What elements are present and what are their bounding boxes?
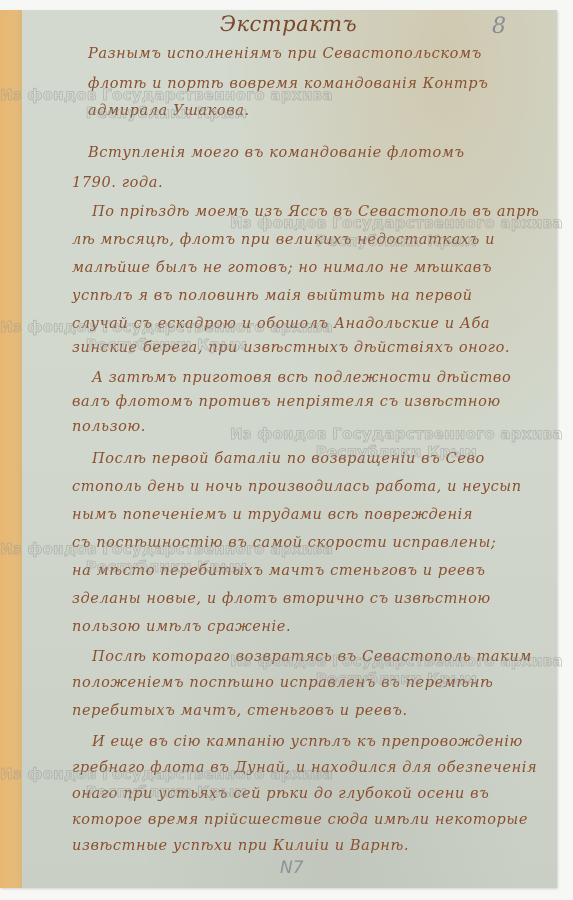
manuscript-line: пользою.: [72, 419, 146, 435]
archive-number: N7: [280, 858, 304, 878]
manuscript-line: флотѣ и портѣ вовремя командованія Контр…: [88, 76, 488, 92]
mounting-strip: [0, 10, 22, 888]
manuscript-line: малѣйше былъ не готовъ; но нимало не мѣш…: [72, 260, 492, 276]
manuscript-line: зделаны новые, и флотъ вторично съ извѣс…: [72, 591, 491, 607]
manuscript-line: извѣстные успѣхи при Килиіи и Варнѣ.: [72, 838, 409, 854]
manuscript-line: зинские берега, при извѣстныхъ дѣйствіях…: [72, 340, 510, 356]
manuscript-line: И еще въ сію кампанію успѣлъ къ препрово…: [92, 734, 523, 750]
manuscript-line: Вступленія моего въ командованіе флотомъ: [88, 145, 465, 161]
manuscript-line: 1790. года.: [72, 175, 163, 191]
manuscript-line: Разнымъ исполненіямъ при Севастопольском…: [88, 46, 482, 62]
manuscript-line: случай съ ескадрою и обошолъ Анадольские…: [72, 316, 490, 332]
manuscript-line: успѣлъ я въ половинѣ маія выйтить на пер…: [72, 288, 473, 304]
manuscript-line: стополь день и ночь производилась работа…: [72, 479, 522, 495]
manuscript-line: гребнаго флота въ Дунай, и находился для…: [72, 760, 537, 776]
manuscript-line: положеніемъ поспѣшно исправленъ въ перем…: [72, 675, 493, 691]
manuscript-line: валъ флотомъ противъ непріятеля съ извѣс…: [72, 394, 501, 410]
manuscript-line: которое время прійсшествие сюда имѣли не…: [72, 812, 528, 828]
document-title: Экстрактъ: [0, 12, 557, 36]
manuscript-page: 8 Экстрактъ Разнымъ исполненіямъ при Сев…: [0, 10, 557, 888]
manuscript-line: съ поспѣшностію въ самой скорости исправ…: [72, 535, 496, 551]
manuscript-line: А затѣмъ приготовя всѣ подлежности дѣйст…: [92, 370, 511, 386]
manuscript-line: онаго при устьяхъ сей рѣки до глубокой о…: [72, 786, 489, 802]
manuscript-line: адмирала Ушакова.: [88, 103, 250, 119]
manuscript-line: Послѣ котораго возвратясь въ Севастополь…: [92, 649, 532, 665]
manuscript-line: на мѣсто перебитыхъ мачтъ стеньговъ и ре…: [72, 563, 485, 579]
manuscript-line: нымъ попеченіемъ и трудами всѣ поврежден…: [72, 507, 473, 523]
manuscript-line: По пріѣздѣ моемъ изъ Яссъ въ Севастополь…: [92, 204, 539, 220]
manuscript-line: лѣ мѣсяцѣ, флотъ при великихъ недостатка…: [72, 232, 495, 248]
manuscript-line: Послѣ первой баталіи по возвращеніи въ С…: [92, 451, 485, 467]
manuscript-line: перебитыхъ мачтъ, стеньговъ и реевъ.: [72, 703, 408, 719]
manuscript-line: пользою имѣлъ сраженіе.: [72, 619, 291, 635]
